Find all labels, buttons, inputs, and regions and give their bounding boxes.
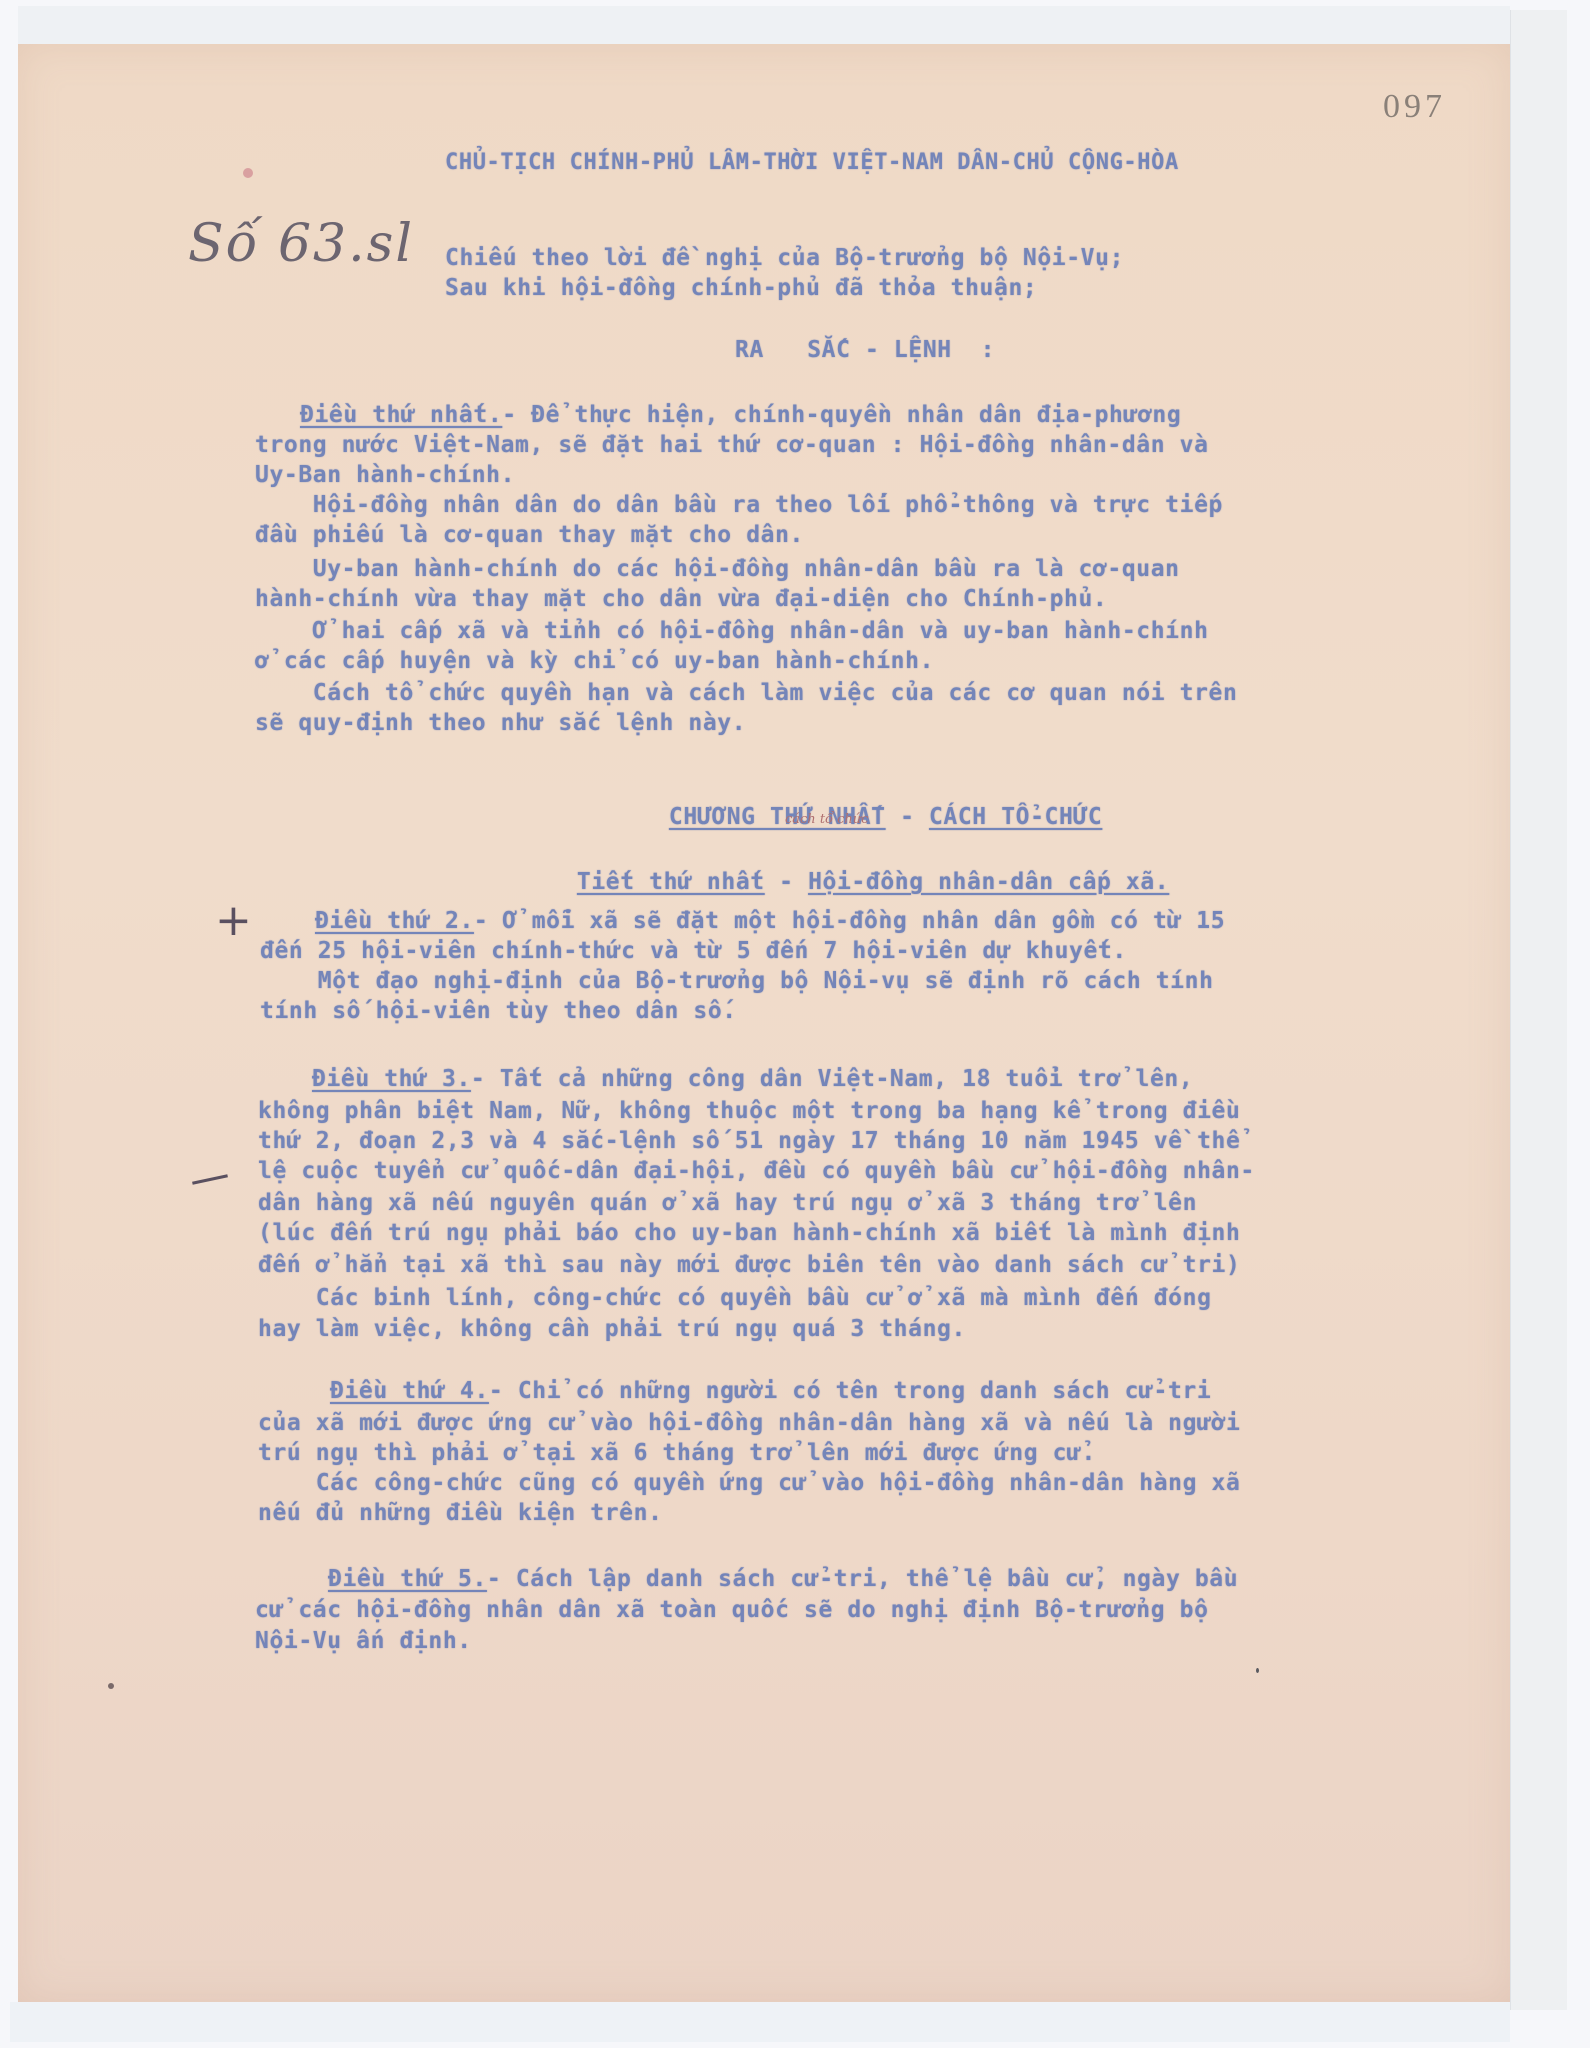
article-text: tính số hội-viên tùy theo dân số. — [260, 998, 737, 1024]
article-text: lệ cuộc tuyển cử quốc-dân đại-hội, đều c… — [258, 1158, 1255, 1184]
article-text: - Ở mỗi xã sẽ đặt một hội-đồng nhân dân … — [474, 908, 1225, 934]
page-number: 097 — [1383, 88, 1446, 126]
article-text: Cách tổ chức quyền hạn và cách làm việc … — [255, 680, 1237, 706]
article-text: đầu phiếu là cơ-quan thay mặt cho dân. — [255, 522, 804, 548]
article-text: không phân biệt Nam, Nữ, không thuộc một… — [258, 1098, 1240, 1124]
preamble-line: Sau khi hội-đồng chính-phủ đã thỏa thuận… — [445, 275, 1037, 301]
article-text: - Cách lập danh sách cử-tri, thể lệ bầu … — [487, 1566, 1238, 1592]
article-text: trú ngụ thì phải ở tại xã 6 tháng trở lê… — [258, 1440, 1096, 1466]
scan-margin-right — [1510, 10, 1567, 2010]
article-text: Uy-ban hành-chính do các hội-đồng nhân-d… — [255, 556, 1180, 582]
chapter-name: CÁCH TỔ-CHỨC — [929, 804, 1102, 830]
article-text: của xã mới được ứng cử vào hội-đồng nhân… — [258, 1410, 1240, 1436]
ink-speck — [108, 1683, 114, 1689]
section-number: Tiết thứ nhất — [577, 869, 765, 895]
decree-heading: RA SẮC - LỆNH : — [735, 337, 995, 363]
section-name: Hội-đồng nhân-dân cấp xã. — [808, 869, 1169, 895]
pencil-annotation: cách tổ chức — [785, 812, 868, 827]
article-text: - Để thực hiện, chính-quyền nhân dân địa… — [502, 402, 1181, 428]
article-text: đến ở hẳn tại xã thì sau này mới được bi… — [258, 1252, 1240, 1278]
article-text: - Tất cả những công dân Việt-Nam, 18 tuổ… — [471, 1066, 1193, 1092]
article-label: Điều thứ 5. — [328, 1566, 487, 1592]
article-label: Điều thứ nhất. — [300, 402, 502, 428]
article-text: đến 25 hội-viên chính-thức và từ 5 đến 7… — [260, 938, 1127, 964]
article-text: hành-chính vừa thay mặt cho dân vừa đại-… — [255, 586, 1107, 612]
header-title: CHỦ-TỊCH CHÍNH-PHỦ LÂM-THỜI VIỆT-NAM DÂN… — [445, 150, 1179, 175]
chapter-title: CHƯƠNG THỨ NHẤT - CÁCH TỔ-CHỨC — [640, 778, 1102, 830]
scan-margin-top — [18, 6, 1510, 46]
article-label: Điều thứ 4. — [330, 1378, 489, 1404]
article-text: Ở hai cấp xã và tỉnh có hội-đồng nhân-dâ… — [255, 618, 1209, 644]
article-text: (lúc đến trú ngụ phải báo cho uy-ban hàn… — [258, 1220, 1240, 1246]
article-text: dân hàng xã nếu nguyên quán ở xã hay trú… — [258, 1190, 1197, 1216]
ink-speck — [1256, 1668, 1259, 1673]
article-text: hay làm việc, không cần phải trú ngụ quá… — [258, 1316, 966, 1342]
article-text: ở các cấp huyện và kỳ chỉ có uy-ban hành… — [255, 648, 934, 674]
scan-margin-bottom — [10, 2002, 1510, 2042]
article-label: Điều thứ 3. — [312, 1066, 471, 1092]
article-text: trong nước Việt-Nam, sẽ đặt hai thứ cơ-q… — [255, 432, 1209, 458]
preamble-line: Chiếu theo lời đề nghị của Bộ-trưởng bộ … — [445, 245, 1124, 271]
article-text: cử các hội-đồng nhân dân xã toàn quốc sẽ… — [255, 1597, 1209, 1623]
article-text: Uy-Ban hành-chính. — [255, 462, 515, 488]
article-text: nếu đủ những điều kiện trên. — [258, 1500, 663, 1526]
article-text: - Chỉ có những người có tên trong danh s… — [489, 1378, 1211, 1404]
ink-stain — [243, 168, 253, 178]
article-text: Nội-Vụ ấn định. — [255, 1628, 472, 1654]
article-text: Các công-chức cũng có quyền ứng cử vào h… — [258, 1470, 1240, 1496]
article-text: Một đạo nghị-định của Bộ-trưởng bộ Nội-v… — [260, 968, 1214, 994]
article-text: Các binh lính, công-chức có quyền bầu cử… — [258, 1285, 1212, 1311]
margin-cross-mark: + — [215, 895, 252, 946]
article-text: thứ 2, đoạn 2,3 và 4 sắc-lệnh số 51 ngày… — [258, 1128, 1240, 1154]
article-text: Hội-đồng nhân dân do dân bầu ra theo lối… — [255, 492, 1223, 518]
handwritten-reference: Số 63.sl — [188, 214, 414, 274]
article-text: sẽ quy-định theo như sắc lệnh này. — [255, 710, 746, 736]
section-title: Tiết thứ nhất - Hội-đồng nhân-dân cấp xã… — [548, 843, 1169, 895]
article-label: Điều thứ 2. — [315, 908, 474, 934]
